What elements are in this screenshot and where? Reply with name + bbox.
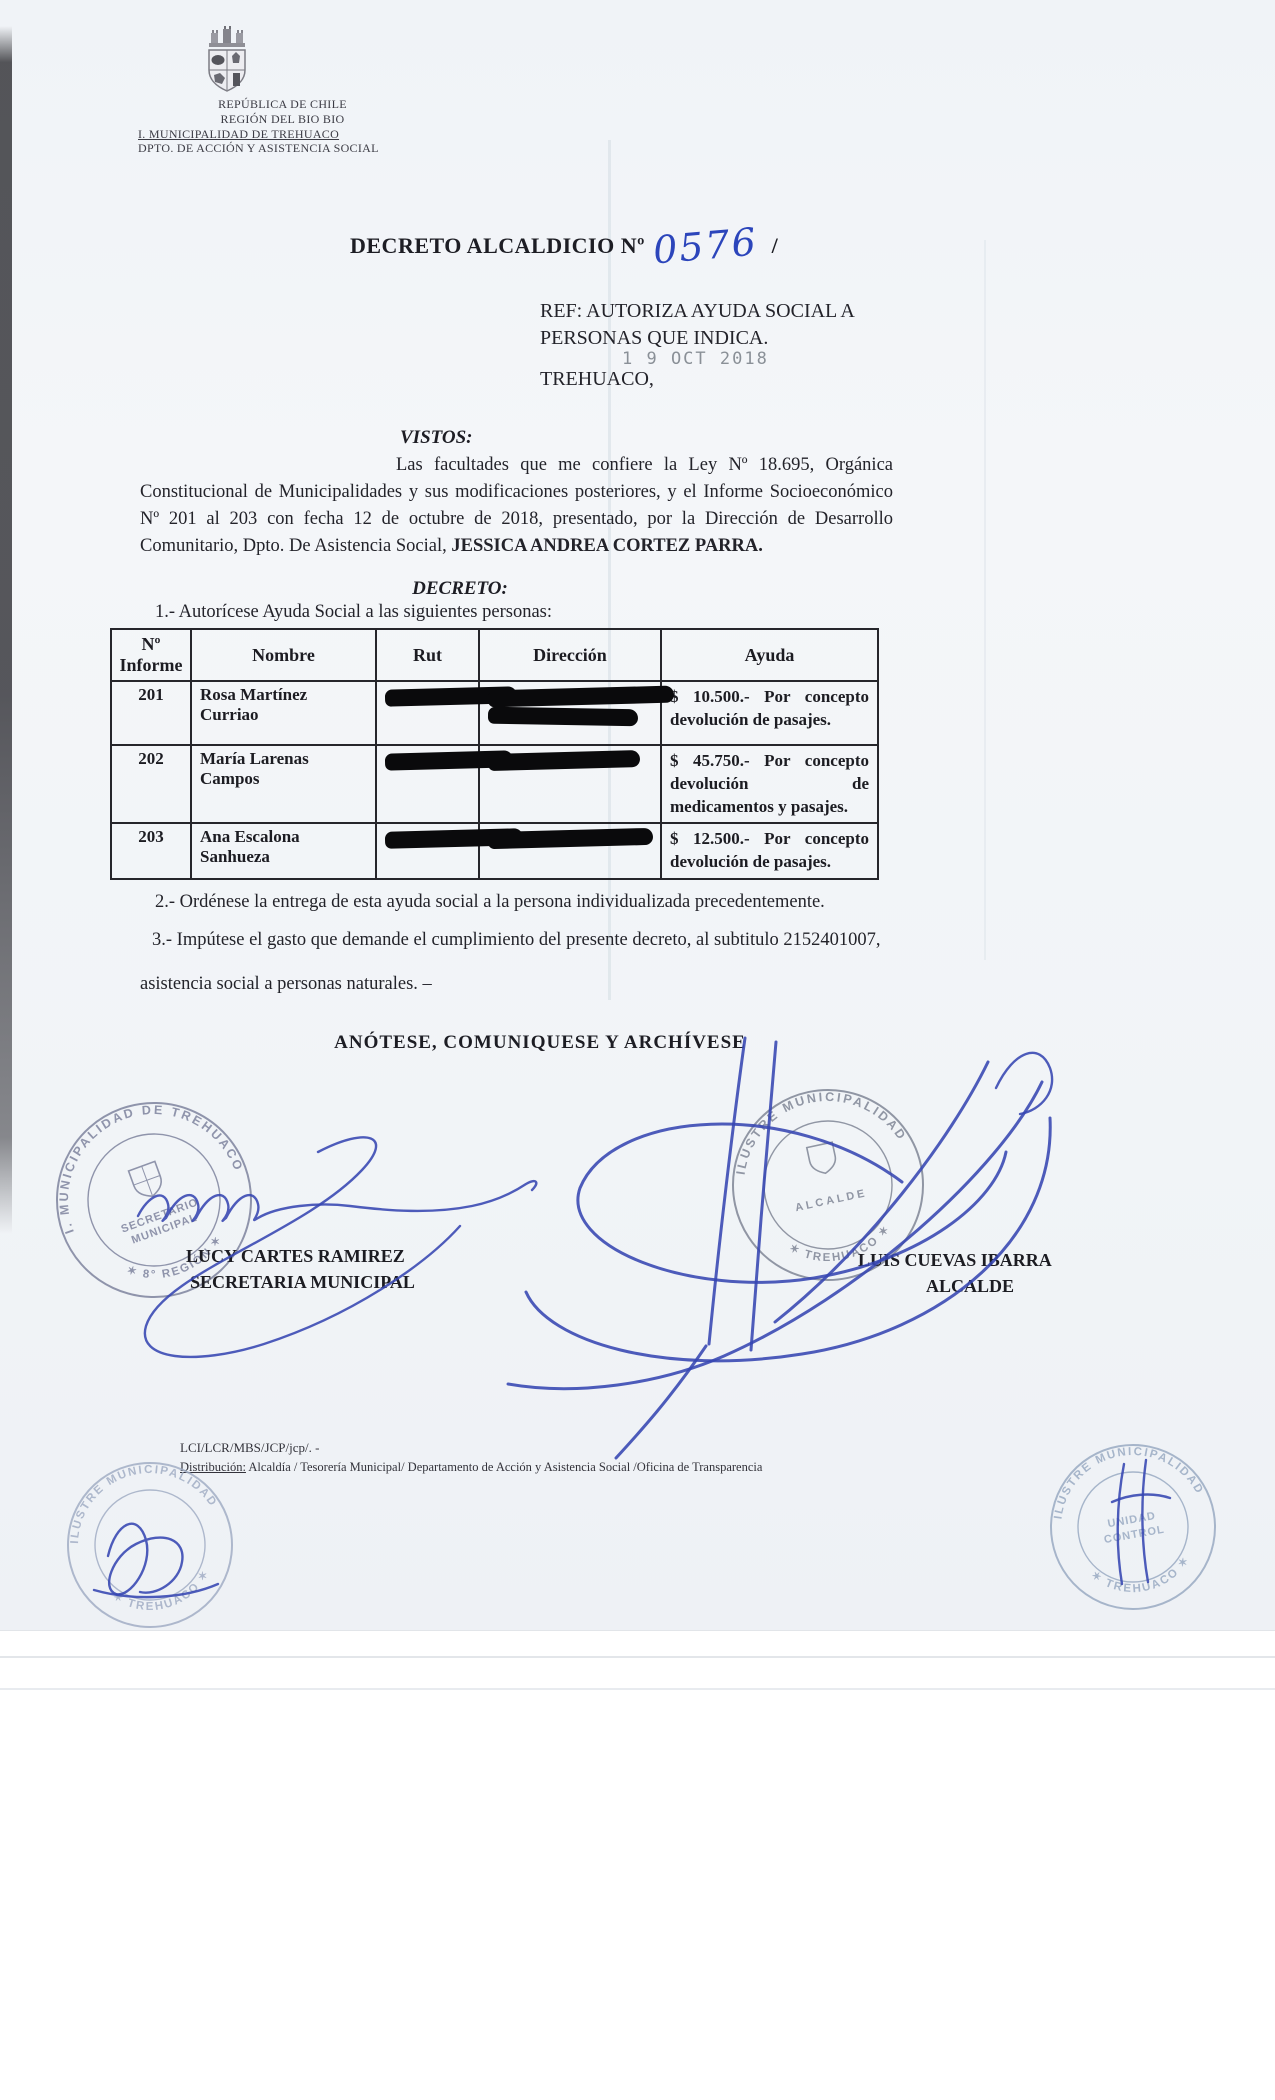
ayuda-social-table: Nº Informe Nombre Rut Dirección Ayuda 20… (110, 628, 879, 880)
cell-direccion-redacted (479, 823, 661, 879)
decree-title: DECRETO ALCALDICIO Nº0576/ (350, 224, 778, 268)
stamp-shield-icon (807, 1142, 838, 1176)
svg-text:✶ TREHUACO ✶: ✶ TREHUACO ✶ (1087, 1552, 1196, 1603)
decree-title-suffix: / (772, 233, 778, 258)
cell-rut-redacted (376, 681, 479, 745)
reference-line-1: REF: AUTORIZA AYUDA SOCIAL A (540, 300, 920, 323)
decreto-item-3-line-2: asistencia social a personas naturales. … (140, 974, 432, 995)
cell-informe: 202 (111, 745, 191, 823)
letterhead-municipality: I. MUNICIPALIDAD DE TREHUACO (138, 127, 339, 142)
letterhead-country: REPÚBLICA DE CHILE (150, 97, 415, 112)
vistos-heading: VISTOS: (400, 427, 473, 449)
col-header-rut: Rut (376, 629, 479, 681)
scan-edge-shadow (0, 26, 12, 1234)
decree-number-handwritten: 0576 (651, 220, 759, 273)
col-header-ayuda: Ayuda (661, 629, 878, 681)
letterhead-department: DPTO. DE ACCIÓN Y ASISTENCIA SOCIAL (138, 141, 379, 156)
stamp-ring-text: ✶ TREHUACO ✶ (108, 1565, 218, 1624)
vistos-presenter-name: JESSICA ANDREA CORTEZ PARRA. (451, 536, 763, 556)
cell-nombre: Ana Escalona Sanhueza (191, 823, 376, 879)
footer-distribution-text: Alcaldía / Tesorería Municipal/ Departam… (246, 1460, 762, 1474)
closing-formula: ANÓTESE, COMUNIQUESE Y ARCHÍVESE (140, 1032, 940, 1054)
cell-ayuda: $ 45.750.- Por concepto devolución de me… (661, 745, 878, 823)
cell-informe: 201 (111, 681, 191, 745)
signatory-right-name: LUIS CUEVAS IBARRA (858, 1250, 1052, 1271)
cell-ayuda: $ 12.500.- Por concepto devolución de pa… (661, 823, 878, 879)
redaction-mark (488, 750, 640, 771)
col-header-nombre: Nombre (191, 629, 376, 681)
coat-of-arms-icon (196, 26, 258, 98)
scan-artifact-rule (0, 1656, 1275, 1658)
table-header-row: Nº Informe Nombre Rut Dirección Ayuda (111, 629, 878, 681)
table-row: 203 Ana Escalona Sanhueza $ 12.500.- Por… (111, 823, 878, 879)
cell-direccion-redacted (479, 745, 661, 823)
cell-rut-redacted (376, 745, 479, 823)
col-header-informe: Nº Informe (111, 629, 191, 681)
cell-ayuda: $ 10.500.- Por concepto devolución de pa… (661, 681, 878, 745)
cell-direccion-redacted (479, 681, 661, 745)
reference-place: TREHUACO, (540, 368, 920, 391)
paper-fold-line (984, 240, 986, 960)
stamp-center-text: ALCALDE (794, 1187, 868, 1214)
letterhead-region: REGIÓN DEL BIO BIO (150, 112, 415, 127)
redaction-mark (488, 828, 653, 849)
decreto-heading: DECRETO: (140, 578, 780, 600)
signatory-left-role: SECRETARIA MUNICIPAL (190, 1272, 415, 1293)
cell-nombre: María Larenas Campos (191, 745, 376, 823)
decreto-item-2: 2.- Ordénese la entrega de esta ayuda so… (155, 892, 825, 913)
stamp-unidad-control: ILUSTRE MUNICIPALIDAD ✶ TREHUACO ✶ UNIDA… (1029, 1423, 1238, 1632)
decreto-item-1: 1.- Autorícese Ayuda Social a las siguie… (155, 602, 552, 623)
redaction-mark (488, 686, 674, 708)
cell-nombre: Rosa Martínez Curriao (191, 681, 376, 745)
decreto-item-3-line-1: 3.- Impútese el gasto que demande el cum… (152, 930, 881, 951)
signatory-left-name: LUCY CARTES RAMIREZ (186, 1246, 405, 1267)
table-row: 202 María Larenas Campos $ 45.750.- Por … (111, 745, 878, 823)
scan-artifact-rule (0, 1688, 1275, 1690)
redaction-mark (488, 707, 638, 727)
cell-informe: 203 (111, 823, 191, 879)
table-row: 201 Rosa Martínez Curriao $ 10.500.- Por… (111, 681, 878, 745)
cell-rut-redacted (376, 823, 479, 879)
scanned-decree-page: REPÚBLICA DE CHILE REGIÓN DEL BIO BIO I.… (0, 0, 1275, 2100)
col-header-direccion: Dirección (479, 629, 661, 681)
signatory-right-role: ALCALDE (926, 1276, 1014, 1297)
svg-text:✶ TREHUACO ✶: ✶ TREHUACO ✶ (108, 1565, 218, 1624)
reference-line-2: PERSONAS QUE INDICA. (540, 327, 920, 350)
stamp-ring-text: ✶ TREHUACO ✶ (1087, 1552, 1196, 1603)
date-stamp: 1 9 OCT 2018 (622, 349, 769, 369)
footer-distribution: Distribución: Alcaldía / Tesorería Munic… (180, 1460, 762, 1475)
decree-title-label: DECRETO ALCALDICIO Nº (350, 233, 645, 258)
vistos-paragraph: Las facultades que me confiere la Ley Nº… (140, 452, 893, 560)
